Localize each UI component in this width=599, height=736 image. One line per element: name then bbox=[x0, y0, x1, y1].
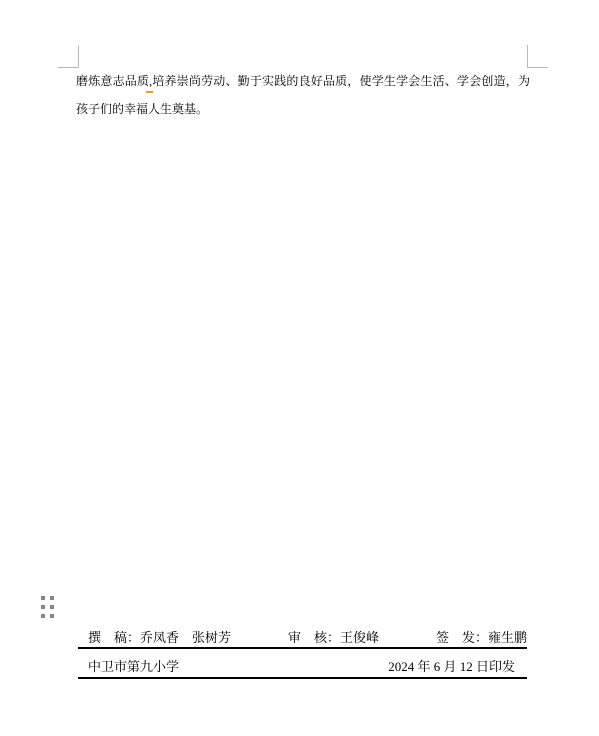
drag-handle-icon[interactable] bbox=[41, 596, 54, 618]
handle-dot bbox=[50, 605, 54, 609]
issuer-field: 签 发：雍生鹏 bbox=[436, 629, 527, 647]
issue-date: 2024 年 6 月 12 日印发 bbox=[388, 658, 515, 676]
proofing-underline-icon bbox=[146, 91, 153, 93]
handle-dot bbox=[41, 596, 45, 600]
paragraph-line-2: 孩子们的幸福人生奠基。 bbox=[76, 95, 530, 123]
handle-dot bbox=[50, 596, 54, 600]
issue-row: 中卫市第九小学 2024 年 6 月 12 日印发 bbox=[78, 658, 527, 676]
handle-dot bbox=[41, 614, 45, 618]
footer-rule-top bbox=[78, 647, 527, 649]
issuing-organization: 中卫市第九小学 bbox=[88, 658, 179, 676]
footer-rule-bottom bbox=[78, 677, 527, 679]
handle-dot bbox=[41, 605, 45, 609]
document-page: 磨炼意志品质,培养崇尚劳动、勤于实践的良好品质，使学生学会生活、学会创造，为 孩… bbox=[0, 0, 599, 736]
text-boundary-corner-right-icon bbox=[527, 45, 548, 68]
paragraph-line-1: 磨炼意志品质,培养崇尚劳动、勤于实践的良好品质，使学生学会生活、学会创造，为 bbox=[76, 67, 530, 95]
body-paragraph: 磨炼意志品质,培养崇尚劳动、勤于实践的良好品质，使学生学会生活、学会创造，为 孩… bbox=[76, 67, 530, 123]
text-boundary-corner-left-icon bbox=[58, 45, 79, 68]
drafter-field: 撰 稿：乔凤香 张树芳 bbox=[88, 629, 231, 647]
reviewer-field: 审 核：王俊峰 bbox=[288, 629, 379, 647]
signature-row: 撰 稿：乔凤香 张树芳 审 核：王俊峰 签 发：雍生鹏 bbox=[78, 629, 527, 647]
handle-dot bbox=[50, 614, 54, 618]
